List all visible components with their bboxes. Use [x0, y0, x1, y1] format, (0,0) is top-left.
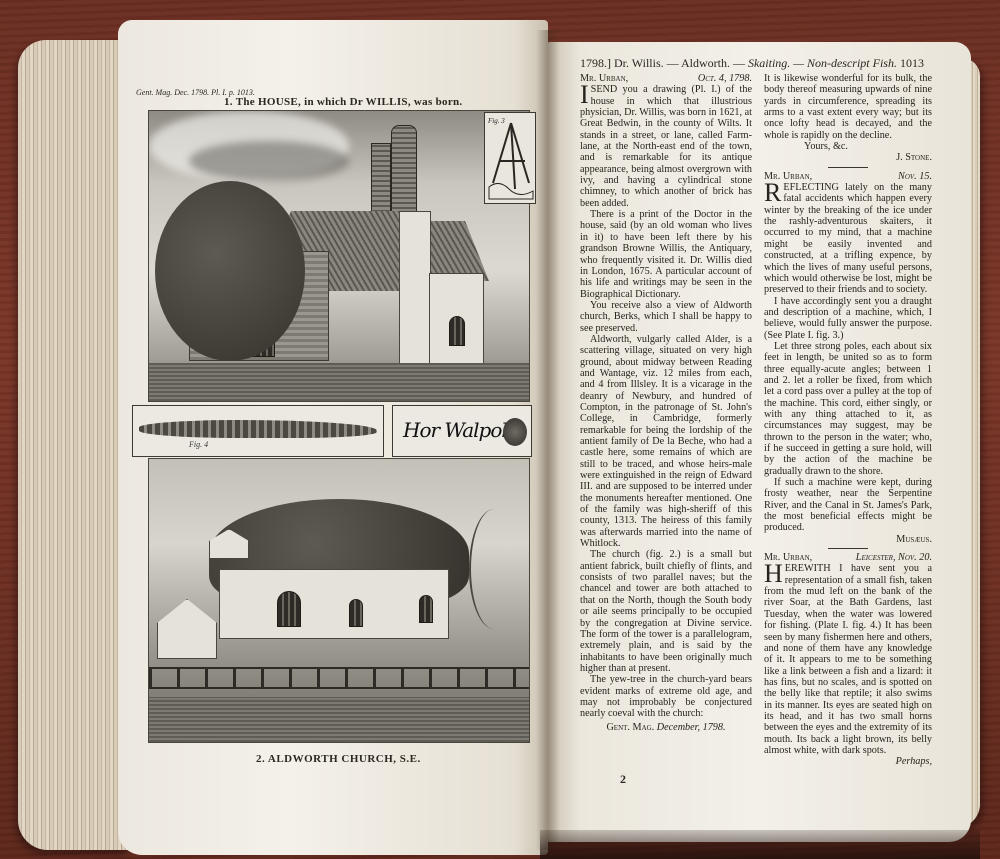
churchyard-ground	[149, 697, 529, 742]
page-number: 2	[620, 772, 626, 787]
salutation-line: Mr. Urban, Leicester, Nov. 20.	[764, 552, 932, 563]
church-porch	[157, 599, 217, 659]
cloud-shadow	[189, 141, 349, 181]
paragraph: HEREWITH I have sent you a representatio…	[764, 563, 932, 756]
text-column-right: It is likewise wonderful for its bulk, t…	[764, 73, 932, 768]
seal-icon	[503, 418, 527, 446]
running-head-italic: Skaiting. — Non-descript Fish.	[748, 56, 897, 70]
salutation-line: Mr. Urban, Oct. 4, 1798.	[580, 73, 752, 84]
fig4-label: Fig. 4	[189, 440, 208, 449]
church-engraving	[148, 458, 530, 743]
side-roof	[429, 221, 489, 281]
letter-date: Leicester, Nov. 20.	[856, 552, 932, 563]
issue-footer: Gent. Mag. December, 1798.	[580, 722, 752, 733]
paragraph: The yew-tree in the church-yard bears ev…	[580, 674, 752, 719]
signature-stone: J. Stone.	[764, 152, 932, 163]
paragraph: I have accordingly sent you a draught an…	[764, 296, 932, 341]
plate-title: 1. The HOUSE, in which Dr WILLIS, was bo…	[224, 96, 462, 108]
book-page-block-left	[18, 40, 128, 850]
paragraph-text: EREWITH I have sent you a representation…	[764, 563, 932, 756]
ivy-tree	[155, 181, 305, 361]
plate-caption: 2. ALDWORTH CHURCH, S.E.	[256, 753, 421, 765]
tripod-icon	[485, 113, 537, 205]
letter-date: Nov. 15.	[898, 171, 932, 182]
text-column-left: Mr. Urban, Oct. 4, 1798. ISEND you a dra…	[580, 73, 752, 733]
paragraph: It is likewise wonderful for its bulk, t…	[764, 73, 932, 141]
walpole-signature: Hor Walpole	[403, 418, 518, 442]
drop-cap: I	[580, 85, 589, 105]
closing: Yours, &c.	[764, 141, 932, 152]
running-head-title: Dr. Willis. — Aldworth. —	[614, 56, 748, 70]
drop-cap: H	[764, 564, 783, 584]
paragraph: If such a machine were kept, during fros…	[764, 477, 932, 534]
paragraph-text: SEND you a drawing (Pl. I.) of the house…	[580, 84, 752, 208]
catchword: Perhaps,	[764, 756, 932, 767]
running-head: 1798.] Dr. Willis. — Aldworth. — Skaitin…	[580, 56, 940, 71]
drop-cap: R	[764, 183, 781, 203]
plate-header: Gent. Mag. Dec. 1798. Pl. I. p. 1013. 1.…	[134, 88, 534, 112]
salutation: Mr. Urban,	[764, 171, 812, 182]
signature-musaeus: Musæus.	[764, 534, 932, 545]
paragraph: The church (fig. 2.) is a small but anti…	[580, 549, 752, 674]
church-window	[277, 591, 301, 627]
paragraph-text: EFLECTING lately on the many fatal accid…	[764, 182, 932, 295]
salutation-line: Mr. Urban, Nov. 15.	[764, 171, 932, 182]
letter-date: Oct. 4, 1798.	[698, 73, 752, 84]
divider	[828, 548, 868, 549]
church-nave	[219, 569, 449, 639]
shadow	[540, 830, 980, 859]
bare-tree	[469, 509, 519, 629]
fig4-fish-illustration: Fig. 4	[132, 405, 384, 457]
salutation: Mr. Urban,	[580, 73, 628, 84]
chimney-stack-wall	[399, 211, 431, 381]
house-engraving	[148, 110, 530, 402]
paragraph: There is a print of the Doctor in the ho…	[580, 209, 752, 300]
paragraph: ISEND you a drawing (Pl. I.) of the hous…	[580, 84, 752, 209]
divider	[828, 167, 868, 168]
footer-text: Gent. Mag.	[606, 722, 654, 733]
brick-chimney	[371, 143, 391, 213]
running-head-year: 1798.]	[580, 56, 611, 70]
cylindrical-chimney	[391, 125, 417, 215]
wooden-fence	[149, 667, 529, 689]
fish-figure	[139, 420, 377, 438]
church-window	[419, 595, 433, 623]
paragraph: REFLECTING lately on the many fatal acci…	[764, 182, 932, 295]
fig3-machine-illustration: Fig. 3	[484, 112, 536, 204]
church-window	[349, 599, 363, 627]
book-gutter	[536, 30, 560, 850]
running-head-page: 1013	[900, 56, 924, 70]
salutation: Mr. Urban,	[764, 552, 812, 563]
arched-window	[449, 316, 465, 346]
paragraph: You receive also a view of Aldworth chur…	[580, 300, 752, 334]
paragraph: Aldworth, vulgarly called Alder, is a sc…	[580, 334, 752, 550]
ground	[149, 363, 529, 401]
signature-panel: Hor Walpole	[392, 405, 532, 457]
footer-date: December, 1798.	[657, 722, 726, 733]
paragraph: Let three strong poles, each about six f…	[764, 341, 932, 477]
